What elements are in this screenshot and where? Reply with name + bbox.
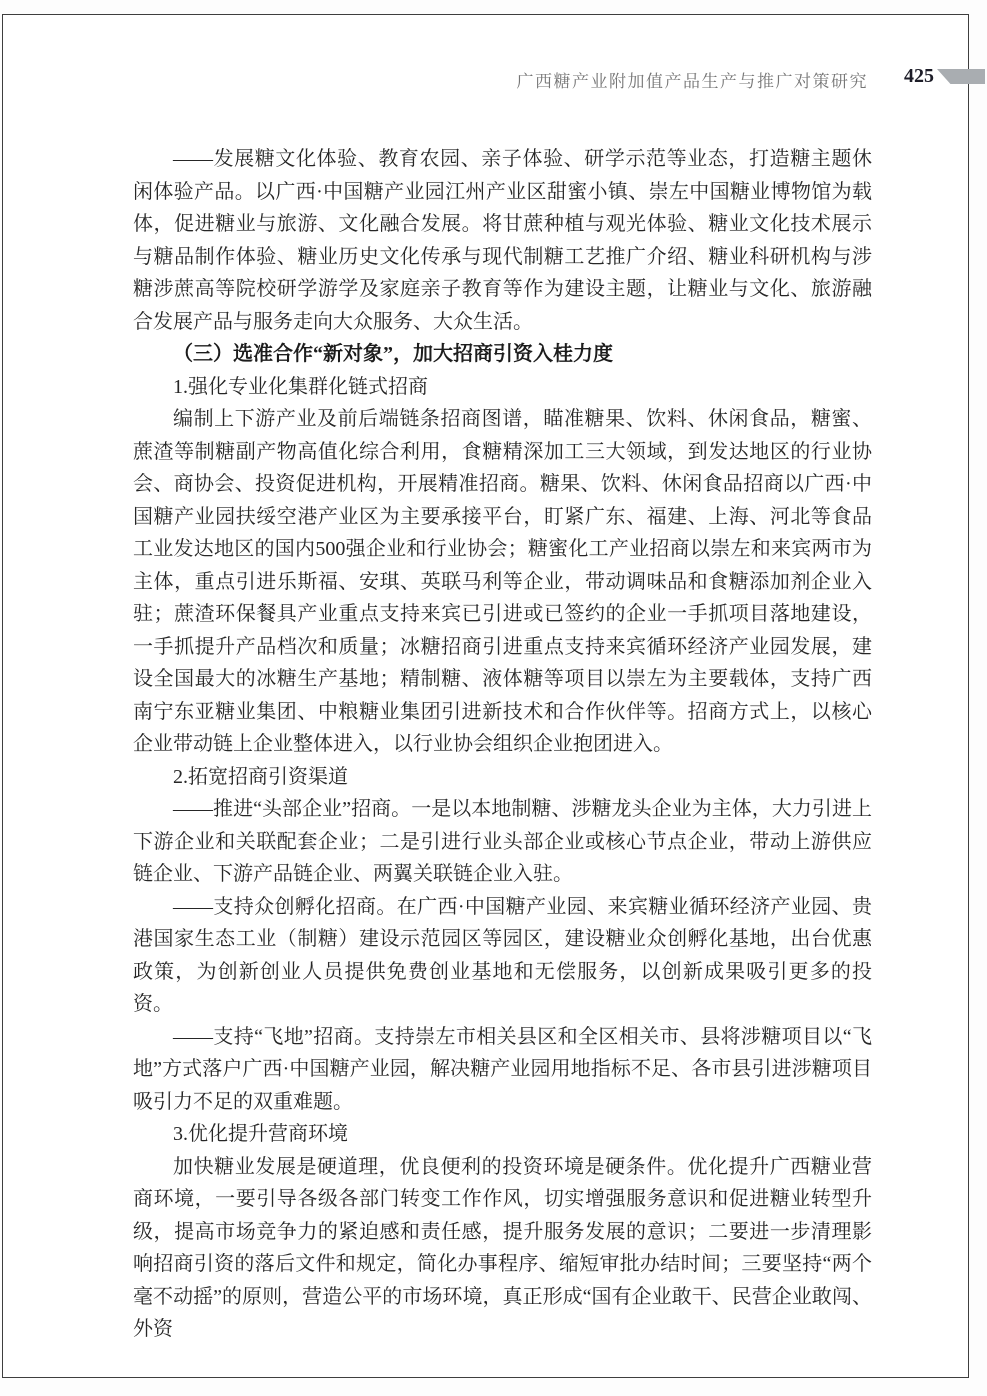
document-page: 广西糖产业附加值产品生产与推广对策研究 425 ——发展糖文化体验、教育农园、亲… (2, 14, 969, 1378)
numbered-subheading: 2.拓宽招商引资渠道 (133, 761, 872, 794)
section-heading: （三）选准合作“新对象”，加大招商引资入桂力度 (133, 338, 872, 371)
numbered-subheading: 1.强化专业化集群化链式招商 (133, 371, 872, 404)
page-number: 425 (904, 65, 934, 88)
screenshot-stage: 广西糖产业附加值产品生产与推广对策研究 425 ——发展糖文化体验、教育农园、亲… (0, 0, 987, 1396)
body-paragraph: 加快糖业发展是硬道理，优良便利的投资环境是硬条件。优化提升广西糖业营商环境，一要… (133, 1151, 872, 1346)
body-paragraph: ——支持众创孵化招商。在广西·中国糖产业园、来宾糖业循环经济产业园、贵港国家生态… (133, 891, 872, 1021)
running-title: 广西糖产业附加值产品生产与推广对策研究 (517, 67, 869, 92)
header-ribbon-decoration (937, 69, 985, 84)
body-paragraph: ——支持“飞地”招商。支持崇左市相关县区和全区相关市、县将涉糖项目以“飞地”方式… (133, 1021, 872, 1119)
page-content: ——发展糖文化体验、教育农园、亲子体验、研学示范等业态，打造糖主题休闲体验产品。… (133, 143, 872, 1346)
body-paragraph: ——发展糖文化体验、教育农园、亲子体验、研学示范等业态，打造糖主题休闲体验产品。… (133, 143, 872, 338)
body-paragraph: 编制上下游产业及前后端链条招商图谱，瞄准糖果、饮料、休闲食品，糖蜜、蔗渣等制糖副… (133, 403, 872, 761)
body-paragraph: ——推进“头部企业”招商。一是以本地制糖、涉糖龙头企业为主体，大力引进上下游企业… (133, 793, 872, 891)
numbered-subheading: 3.优化提升营商环境 (133, 1118, 872, 1151)
